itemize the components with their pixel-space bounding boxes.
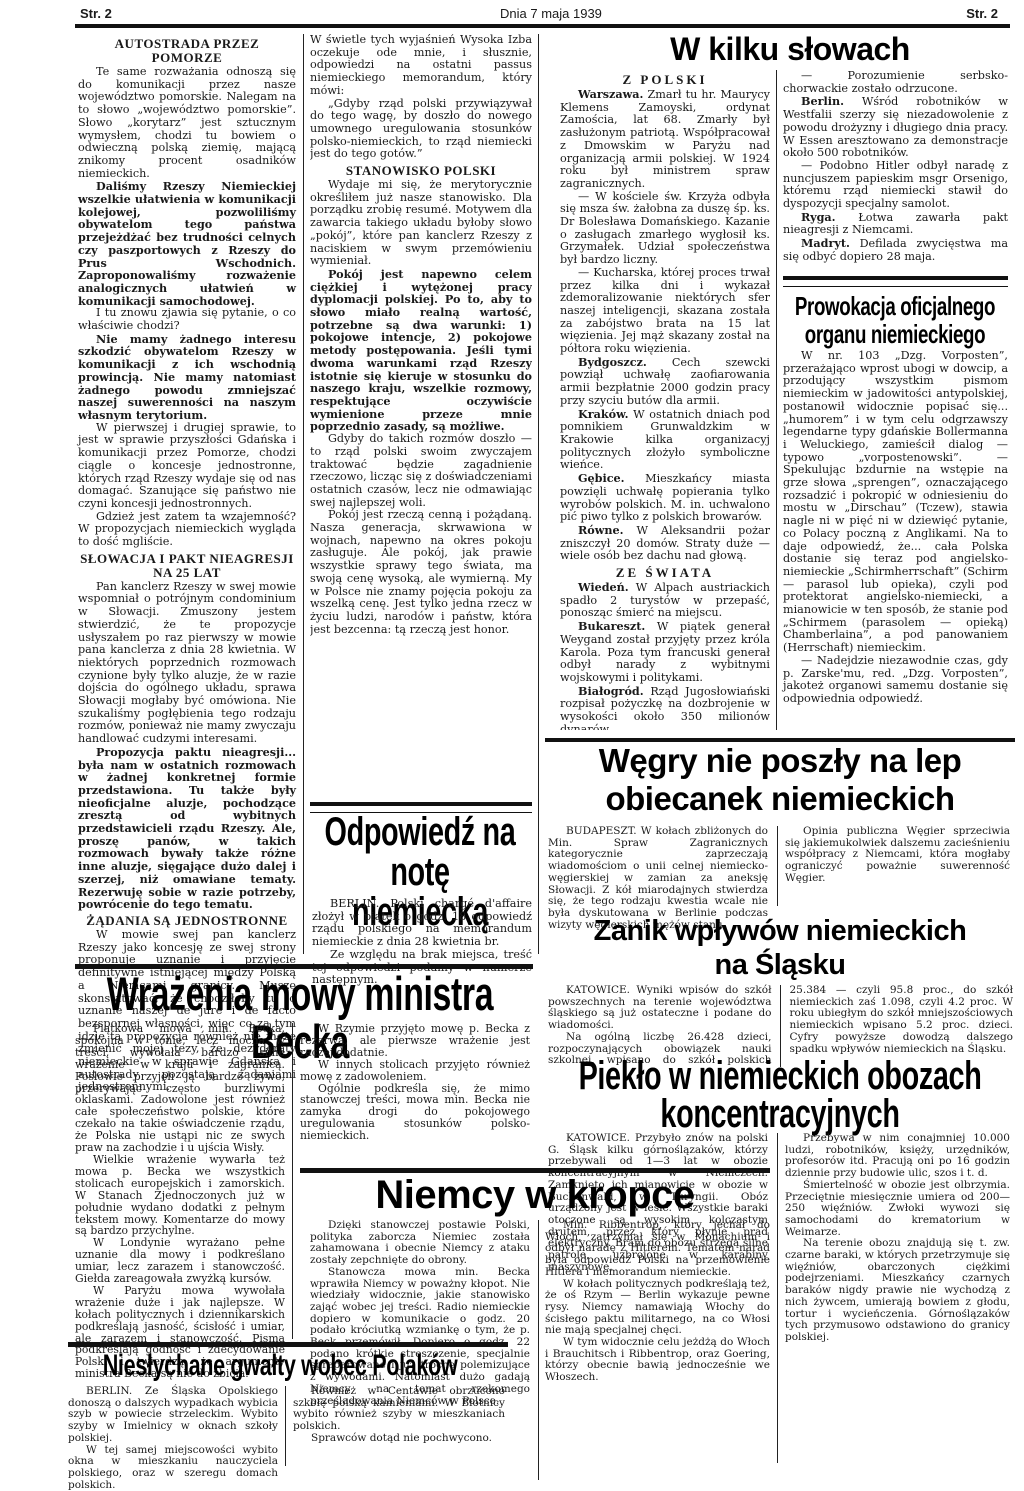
paragraph: Dzięki stanowczej postawie Polski, polit…	[310, 1220, 530, 1267]
headline-wegry: Węgry nie poszły na lep obiecanek niemie…	[545, 742, 1015, 818]
paragraph: BERLIN. Ze Śląska Opolskiego donoszą o d…	[68, 1386, 278, 1445]
article-gwalty-col-2: Również w Centawie obrzucono szkołę pols…	[293, 1386, 505, 1445]
article-beck-col-2: W Rzymie przyjęto mowę p. Becka z rezerw…	[300, 1023, 530, 1142]
headline-zanik: Zanik wpływów niemieckich na Śląsku	[545, 914, 1015, 982]
news-item: Madryt. Defilada zwycięstwa ma się odbyć…	[783, 237, 1008, 263]
column-divider	[538, 34, 539, 954]
paragraph: W tej samej miejscowości wybito okna w m…	[68, 1445, 278, 1491]
paragraph: Te same rozważania odnoszą się do komuni…	[78, 66, 296, 180]
paragraph: W świetle tych wyjaśnień Wysoka Izba ocz…	[310, 34, 532, 98]
news-item: Kraków. W ostatnich dniach pod pomnikiem…	[560, 408, 770, 473]
column-divider	[777, 826, 778, 906]
section-heading-stanowisko: STANOWISKO POLSKI	[310, 164, 532, 178]
header-rule	[75, 24, 1010, 28]
page-number-right: Str. 2	[966, 6, 998, 21]
news-item: Warszawa. Zmarł tu hr. Maurycy Klemens Z…	[560, 88, 770, 191]
column-4-top: — Porozumienie serbsko-chorwackie został…	[783, 70, 1008, 264]
paragraph: Gdyby do takich rozmów doszło — to rząd …	[310, 433, 532, 509]
paragraph: I tu znowu zjawia się pytanie, o co właś…	[78, 307, 296, 332]
headline-pieklo: Piekło w niemieckich obozach koncentracy…	[557, 1057, 1003, 1133]
paragraph: Pokój jest napewno celem ciężkiej i wytę…	[310, 268, 532, 433]
column-divider	[285, 1386, 286, 1466]
paragraph: Na terenie obozu znajdują się t. zw. cza…	[785, 1238, 1010, 1343]
news-item: Bukareszt. W piątek generał Weygand zost…	[560, 620, 770, 685]
section-heading-z-polski: Z POLSKI	[560, 73, 770, 87]
news-item: — Podobno Hitler odbył naradę z nuncjusz…	[783, 160, 1008, 211]
paragraph: KATOWICE. Wyniki wpisów do szkół powszec…	[548, 985, 772, 1032]
section-heading-zadania: ŻĄDANIA SĄ JEDNOSTRONNE	[78, 914, 296, 928]
article-wegry-body-2: Opinia publiczna Węgier sprzeciwia się j…	[785, 826, 1010, 885]
paragraph: Wydaje mi się, że merytorycznie określił…	[310, 179, 532, 268]
news-item: — W kościele św. Krzyża odbyła się msza …	[560, 191, 770, 267]
paragraph: W nr. 103 „Dzg. Vorposten”, przerażająco…	[783, 350, 1008, 655]
article-prowokacja-body: W nr. 103 „Dzg. Vorposten”, przerażająco…	[783, 350, 1008, 706]
paragraph: — Nadejdzie niezawodnie czas, gdy p. Zar…	[783, 655, 1008, 706]
paragraph: W Rzymie przyjęto mowę p. Becka z rezerw…	[300, 1023, 530, 1059]
paragraph: Opinia publiczna Węgier sprzeciwia się j…	[785, 826, 1010, 885]
paragraph: „Gdyby rząd polski przywiązywał do tego …	[310, 98, 532, 162]
article-beck-col-1: Piątkowa mowa min. Becka, spokojna w ton…	[75, 1023, 285, 1380]
paragraph: Propozycja paktu nieagresji... była nam …	[78, 746, 296, 911]
news-item: Ryga. Łotwa zawarła pakt nieagresji z Ni…	[783, 211, 1008, 237]
paragraph: Sprawców dotąd nie pochwycono.	[293, 1433, 505, 1445]
paragraph: W Londynie wyrażano pełne uznanie dla mo…	[75, 1237, 285, 1285]
news-item: Równe. W Aleksandrii pożar zniszczył 20 …	[560, 524, 770, 563]
paragraph: W innych stolicach przyjęto również mowę…	[300, 1059, 530, 1083]
paragraph: Również w Centawie obrzucono szkołę pols…	[293, 1386, 505, 1433]
column-divider	[776, 70, 777, 730]
news-item: — Porozumienie serbsko-chorwackie został…	[783, 70, 1008, 95]
column-divider	[538, 1220, 539, 1480]
section-heading-ze-swiata: ZE ŚWIATA	[560, 566, 770, 580]
news-item: Gębice. Mieszkańcy miasta powzięli uchwa…	[560, 472, 770, 524]
page-number-left: Str. 2	[80, 6, 112, 21]
article-separator	[68, 1342, 508, 1347]
paragraph: Gdzież jest zatem ta wzajemność? W propo…	[78, 511, 296, 549]
headline-prowokacja: Prowokacja oficjalnego organu niemieckie…	[787, 292, 1003, 348]
paragraph: BERLIN. Polski chargé d'affaire złożył w…	[312, 898, 532, 949]
paragraph: Daliśmy Rzeszy Niemieckiej wszelkie ułat…	[78, 180, 296, 307]
section-heading-slowacja: SŁOWACJA I PAKT NIEAGRESJI NA 25 LAT	[78, 552, 296, 580]
news-item: Berlin. Wśród robotników w Westfalii sze…	[783, 95, 1008, 160]
paragraph: Min. Ribbentrop, który jechał do Włoch, …	[545, 1220, 770, 1279]
column-divider	[292, 1023, 293, 1339]
news-item: Wiedeń. W Alpach austriackich spadło 2 t…	[560, 581, 770, 620]
paragraph: Śmiertelność w obozie jest olbrzymia. Pr…	[785, 1180, 1010, 1239]
news-item: Bydgoszcz. Cech szewcki powziął uchwałę …	[560, 356, 770, 408]
paragraph: W kołach politycznych podkreślają też, ż…	[545, 1279, 770, 1338]
article-gwalty-col-1: BERLIN. Ze Śląska Opolskiego donoszą o d…	[68, 1386, 278, 1491]
headline-kropce: Niemcy w kropce	[300, 1172, 770, 1218]
paragraph: Wielkie wrażenie wywarła też mowa p. Bec…	[75, 1154, 285, 1237]
paragraph: Pokój jest rzeczą cenną i pożądaną. Nasz…	[310, 509, 532, 636]
column-divider	[303, 34, 304, 954]
paragraph: Piątkowa mowa min. Becka, spokojna w ton…	[75, 1023, 285, 1154]
article-separator	[783, 276, 1008, 287]
page-header: Str. 2 Dnia 7 maja 1939 Str. 2	[70, 4, 990, 26]
section-heading-autostrada: AUTOSTRADA PRZEZ POMORZE	[78, 37, 296, 65]
paragraph: Przebywa w nim conajmniej 10.000 ludzi, …	[785, 1133, 1010, 1180]
paragraph: W tym widocznie celu jeżdżą do Włoch i B…	[545, 1337, 770, 1384]
article-kropce-col-2: Min. Ribbentrop, który jechał do Włoch, …	[545, 1220, 770, 1480]
news-item: Białogród. Rząd Jugosłowiański rozpisał …	[560, 685, 770, 730]
headline-w-kilku-slowach: W kilku słowach	[560, 32, 1020, 66]
news-item: — Kucharska, której proces trwał przez k…	[560, 267, 770, 356]
headline-gwalty: Niesłychane gwałty wobec Polaków	[64, 1350, 496, 1382]
paragraph: Nie mamy żadnego interesu szkodzić obywa…	[78, 333, 296, 422]
paragraph: W pierwszej i drugiej sprawie, to jest w…	[78, 422, 296, 511]
column-divider	[777, 1133, 778, 1463]
column-2: W świetle tych wyjaśnień Wysoka Izba ocz…	[310, 34, 532, 724]
issue-date: Dnia 7 maja 1939	[500, 6, 602, 21]
article-pieklo-col-2: Przebywa w nim conajmniej 10.000 ludzi, …	[785, 1133, 1010, 1473]
paragraph: Pan kanclerz Rzeszy w swej mowie wspomni…	[78, 581, 296, 746]
paragraph: Ogólnie podkreśla się, że mimo stanowcze…	[300, 1083, 530, 1143]
column-1: AUTOSTRADA PRZEZ POMORZE Te same rozważa…	[78, 34, 296, 1094]
column-3: Z POLSKI Warszawa. Zmarł tu hr. Maurycy …	[560, 70, 770, 730]
